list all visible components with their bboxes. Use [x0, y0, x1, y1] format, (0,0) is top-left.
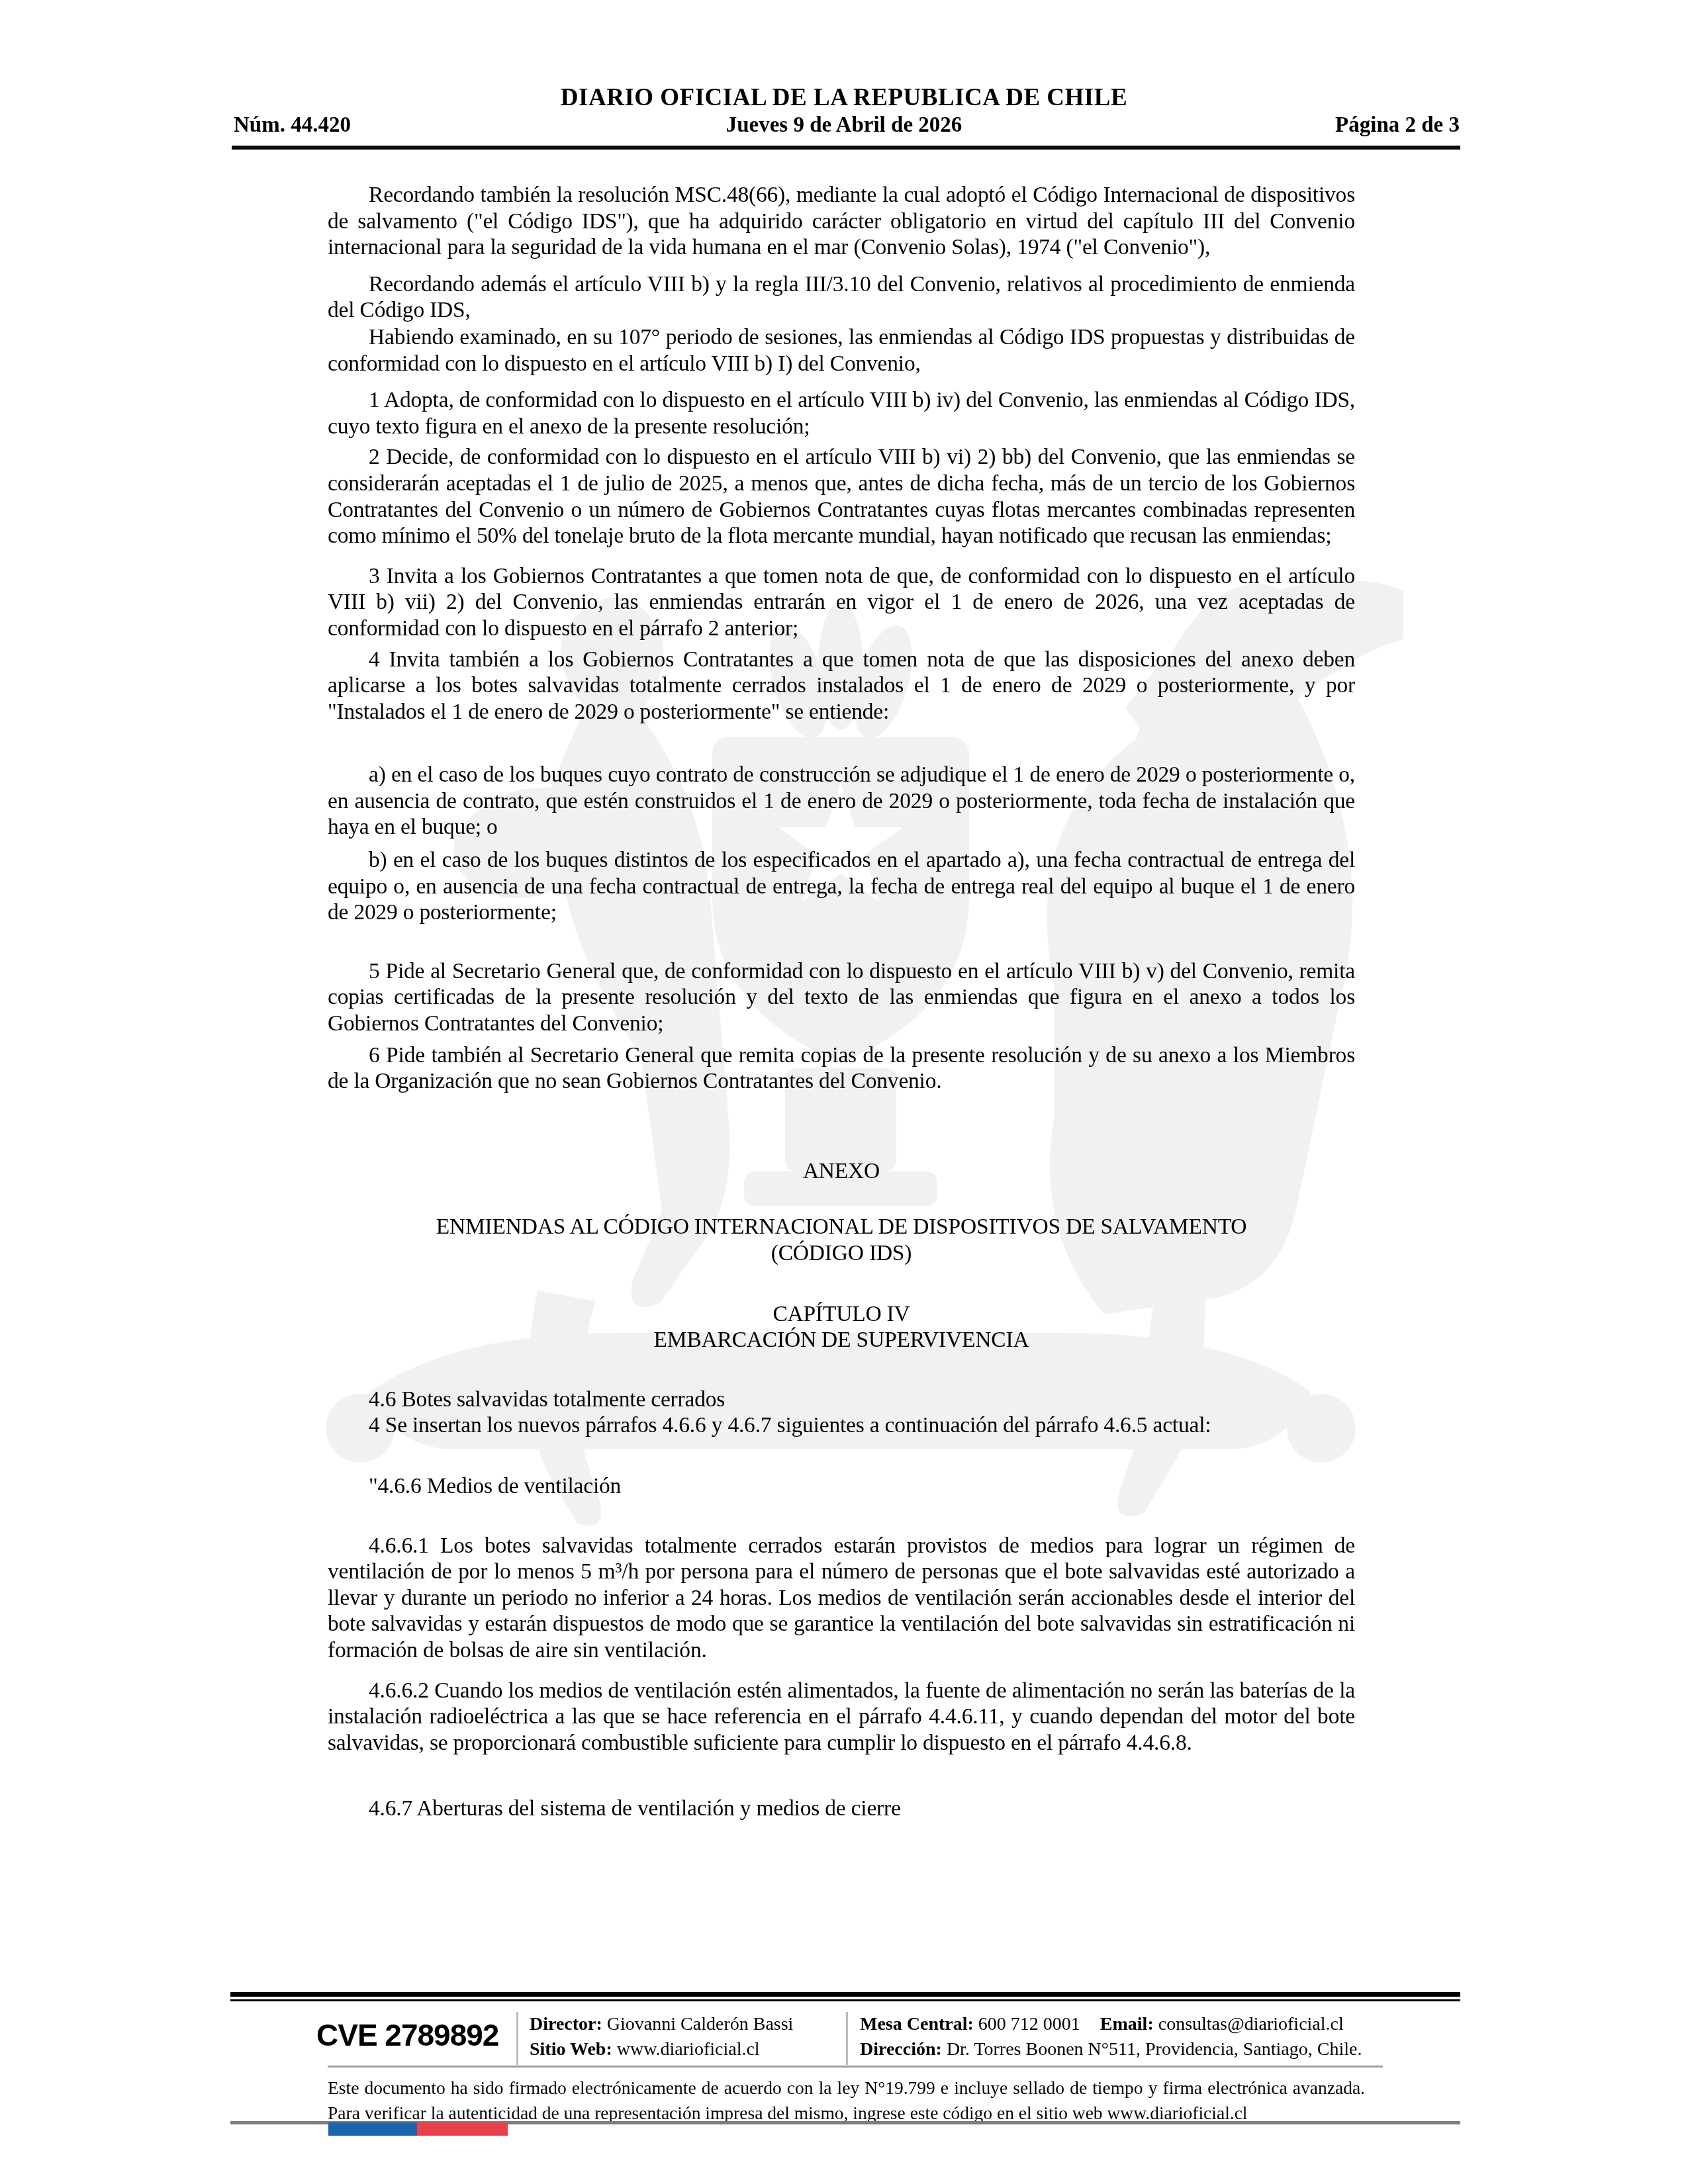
website-url: www.diarioficial.cl: [617, 2039, 760, 2060]
paragraph-6-pide-tambien: 6 Pide también al Secretario General que…: [328, 1042, 1355, 1095]
paragraph-5-pide: 5 Pide al Secretario General que, de con…: [328, 958, 1355, 1037]
phone-email-line: Mesa Central: 600 712 0001Email: consult…: [860, 2012, 1362, 2037]
document-body: Recordando también la resolución MSC.48(…: [328, 182, 1355, 1822]
heading-enmiendas: ENMIENDAS AL CÓDIGO INTERNACIONAL DE DIS…: [328, 1214, 1355, 1240]
paragraph-item-a: a) en el caso de los buques cuyo contrat…: [328, 762, 1355, 841]
footer-divider-2: [846, 2012, 848, 2065]
paragraph-2-decide: 2 Decide, de conformidad con lo dispuest…: [328, 444, 1355, 549]
heading-anexo: ANEXO: [328, 1158, 1355, 1185]
footer-contact-block: Mesa Central: 600 712 0001Email: consult…: [860, 2012, 1362, 2062]
paragraph-4661: 4.6.6.1 Los botes salvavidas totalmente …: [328, 1533, 1355, 1664]
address-value: Dr. Torres Boonen N°511, Providencia, Sa…: [947, 2039, 1362, 2060]
legal-notice: Este documento ha sido firmado electróni…: [328, 2075, 1365, 2126]
director-label: Director:: [530, 2014, 602, 2034]
paragraph-4-invita-tambien: 4 Invita también a los Gobiernos Contrat…: [328, 647, 1355, 725]
footer-director-block: Director: Giovanni Calderón Bassi Sitio …: [530, 2012, 793, 2062]
masthead-title: DIARIO OFICIAL DE LA REPUBLICA DE CHILE: [0, 83, 1688, 112]
heading-466-medios: "4.6.6 Medios de ventilación: [328, 1473, 1355, 1500]
heading-capitulo-iv: CAPÍTULO IV: [328, 1301, 1355, 1328]
website-label: Sitio Web:: [530, 2039, 612, 2060]
header-rule: [232, 146, 1460, 150]
document-page: DIARIO OFICIAL DE LA REPUBLICA DE CHILE …: [0, 0, 1688, 2184]
email-address: consultas@diarioficial.cl: [1158, 2014, 1344, 2034]
address-line: Dirección: Dr. Torres Boonen N°511, Prov…: [860, 2037, 1362, 2062]
heading-codigo-ids: (CÓDIGO IDS): [328, 1240, 1355, 1267]
footer-rule-thin: [230, 1999, 1460, 2001]
director-name: Giovanni Calderón Bassi: [607, 2014, 794, 2034]
paragraph-item-b: b) en el caso de los buques distintos de…: [328, 847, 1355, 926]
footer-rule-thick: [230, 1992, 1460, 1997]
page-indicator: Página 2 de 3: [1335, 113, 1460, 138]
flag-red-segment: [417, 2122, 508, 2136]
flag-blue-segment: [328, 2122, 417, 2136]
website-line: Sitio Web: www.diarioficial.cl: [530, 2037, 793, 2062]
paragraph-habiendo-examinado: Habiendo examinado, en su 107° periodo d…: [328, 324, 1355, 377]
heading-embarcacion: EMBARCACIÓN DE SUPERVIVENCIA: [328, 1327, 1355, 1353]
paragraph-4662: 4.6.6.2 Cuando los medios de ventilación…: [328, 1678, 1355, 1756]
phone-number: 600 712 0001: [978, 2014, 1080, 2034]
paragraph-recordando-ademas: Recordando además el artículo VIII b) y …: [328, 271, 1355, 324]
heading-467-aberturas: 4.6.7 Aberturas del sistema de ventilaci…: [328, 1796, 1355, 1822]
footer-gray-rule: [328, 2066, 1383, 2068]
director-line: Director: Giovanni Calderón Bassi: [530, 2012, 793, 2037]
paragraph-4-se-insertan: 4 Se insertan los nuevos párrafos 4.6.6 …: [328, 1412, 1355, 1439]
email-label: Email:: [1100, 2014, 1154, 2034]
cve-code: CVE 2789892: [316, 2017, 498, 2053]
paragraph-1-adopta: 1 Adopta, de conformidad con lo dispuest…: [328, 387, 1355, 439]
heading-46-botes: 4.6 Botes salvavidas totalmente cerrados: [328, 1387, 1355, 1413]
paragraph-3-invita: 3 Invita a los Gobiernos Contratantes a …: [328, 563, 1355, 642]
phone-label: Mesa Central:: [860, 2014, 974, 2034]
address-label: Dirección:: [860, 2039, 942, 2060]
footer-divider-1: [516, 2012, 518, 2065]
paragraph-recordando-tambien: Recordando también la resolución MSC.48(…: [328, 182, 1355, 261]
